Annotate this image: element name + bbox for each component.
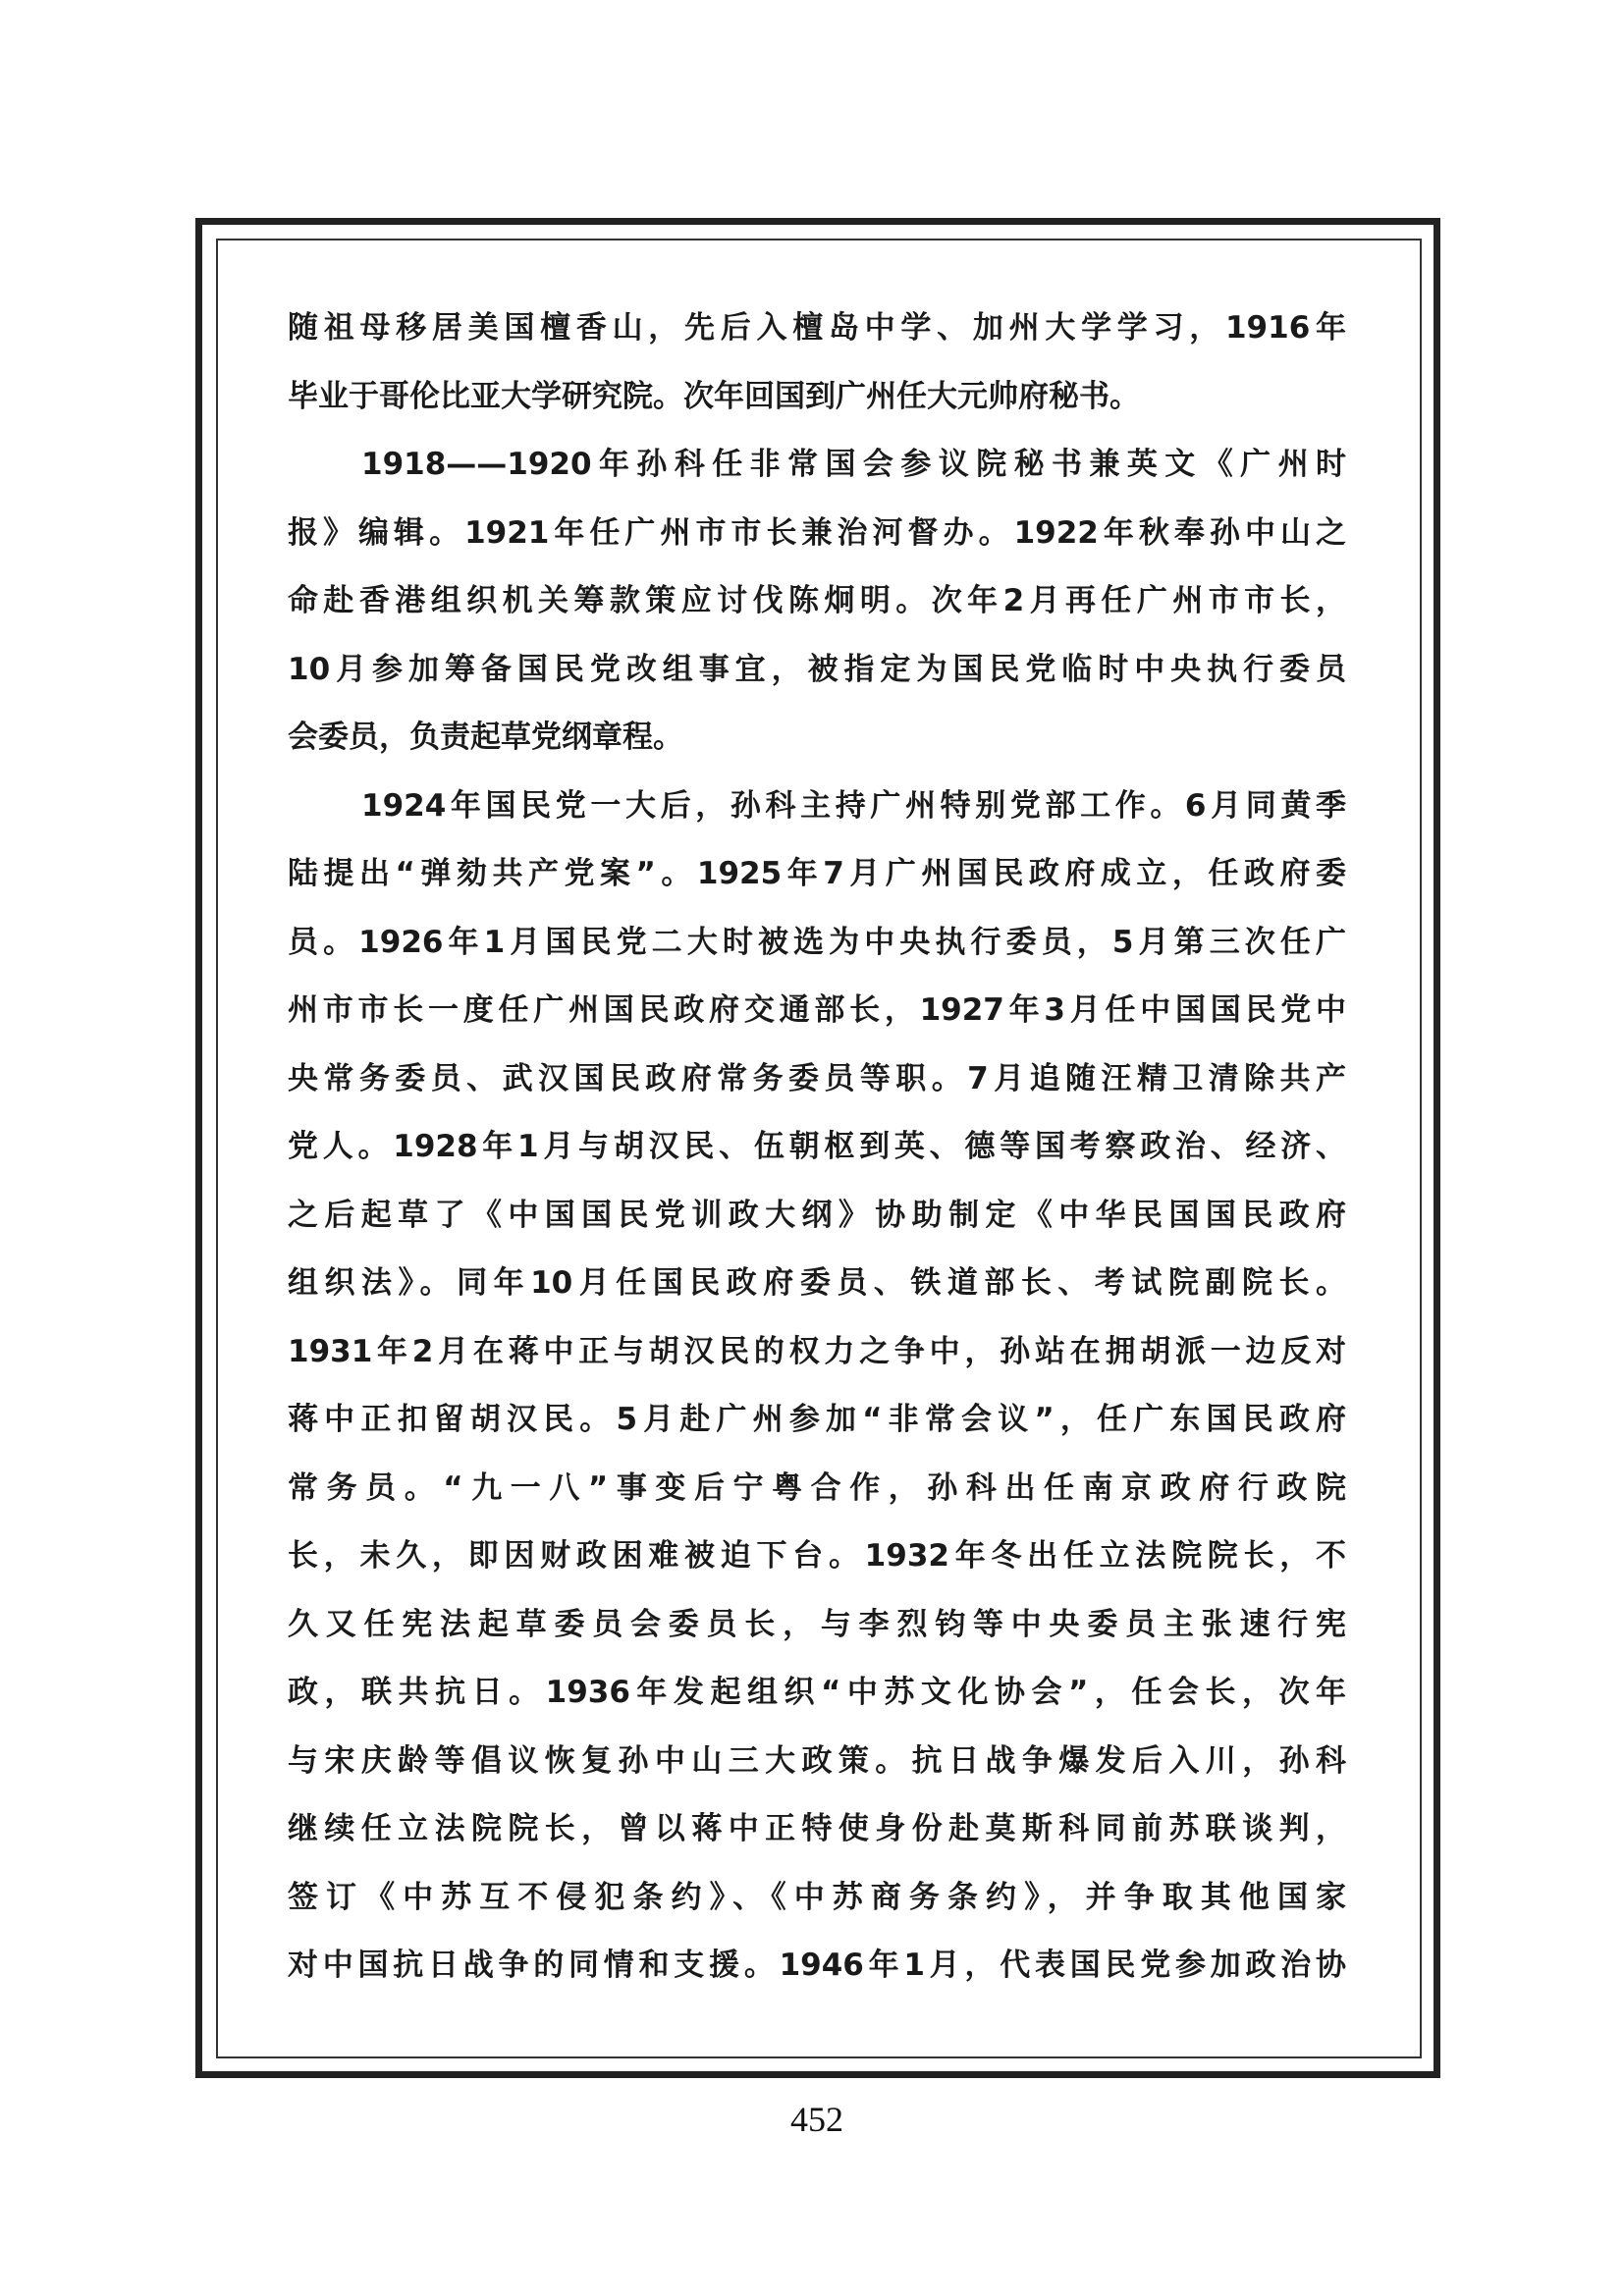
paragraph-first-line: 1924年国民党一大后，孙科主持广州特别党部工作。6月同黄季 (288, 773, 1346, 841)
text-line: 毕业于哥伦比亚大学研究院。次年回国到广州任大元帅府秘书。 (288, 363, 1346, 432)
text-line: 之后起草了《中国国民党训政大纲》协助制定《中华民国国民政府 (288, 1182, 1346, 1251)
text-line: 报》编辑。1921年任广州市市长兼治河督办。1922年秋奉孙中山之 (288, 500, 1346, 568)
text-line: 继续任立法院院长，曾以蒋中正特使身份赴莫斯科同前苏联谈判， (288, 1795, 1346, 1864)
text-line: 组织法》。同年10月任国民政府委员、铁道部长、考试院副院长。 (288, 1250, 1346, 1318)
page-number: 452 (762, 2099, 872, 2140)
text-line: 员。1926年1月国民党二大时被选为中央执行委员，5月第三次任广 (288, 909, 1346, 978)
text-line: 与宋庆龄等倡议恢复孙中山三大政策。抗日战争爆发后入川，孙科 (288, 1728, 1346, 1796)
paragraph-first-line: 1918——1920年孙科任非常国会参议院秘书兼英文《广州时 (288, 431, 1346, 500)
text-line: 10月参加筹备国民党改组事宜，被指定为国民党临时中央执行委员 (288, 636, 1346, 705)
text-line: 蒋中正扣留胡汉民。5月赴广州参加“非常会议”，任广东国民政府 (288, 1386, 1346, 1455)
text-line: 政，联共抗日。1936年发起组织“中苏文化协会”，任会长，次年 (288, 1659, 1346, 1728)
text-line: 央常务委员、武汉国民政府常务委员等职。7月追随汪精卫清除共产 (288, 1045, 1346, 1114)
text-line: 州市市长一度任广州国民政府交通部长，1927年3月任中国国民党中 (288, 977, 1346, 1045)
text-line: 会委员，负责起草党纲章程。 (288, 704, 1346, 773)
text-line: 1931年2月在蒋中正与胡汉民的权力之争中，孙站在拥胡派一边反对 (288, 1318, 1346, 1387)
text-line: 对中国抗日战争的同情和支援。1946年1月，代表国民党参加政治协 (288, 1932, 1346, 2001)
text-line: 陆提出“弹劾共产党案”。1925年7月广州国民政府成立，任政府委 (288, 840, 1346, 909)
body-text: 随祖母移居美国檀香山，先后入檀岛中学、加州大学学习，1916年 毕业于哥伦比亚大… (288, 294, 1346, 2001)
text-line: 久又任宪法起草委员会委员长，与李烈钧等中央委员主张速行宪 (288, 1591, 1346, 1660)
text-line: 常务员。“九一八”事变后宁粤合作，孙科出任南京政府行政院 (288, 1455, 1346, 1523)
text-line: 命赴香港组织机关筹款策应讨伐陈炯明。次年2月再任广州市市长， (288, 567, 1346, 636)
text-line: 长，未久，即因财政困难被迫下台。1932年冬出任立法院院长，不 (288, 1522, 1346, 1591)
text-line: 签订《中苏互不侵犯条约》、《中苏商务条约》，并争取其他国家 (288, 1864, 1346, 1933)
text-line: 党人。1928年1月与胡汉民、伍朝枢到英、德等国考察政治、经济、 (288, 1113, 1346, 1182)
text-line: 随祖母移居美国檀香山，先后入檀岛中学、加州大学学习，1916年 (288, 294, 1346, 363)
